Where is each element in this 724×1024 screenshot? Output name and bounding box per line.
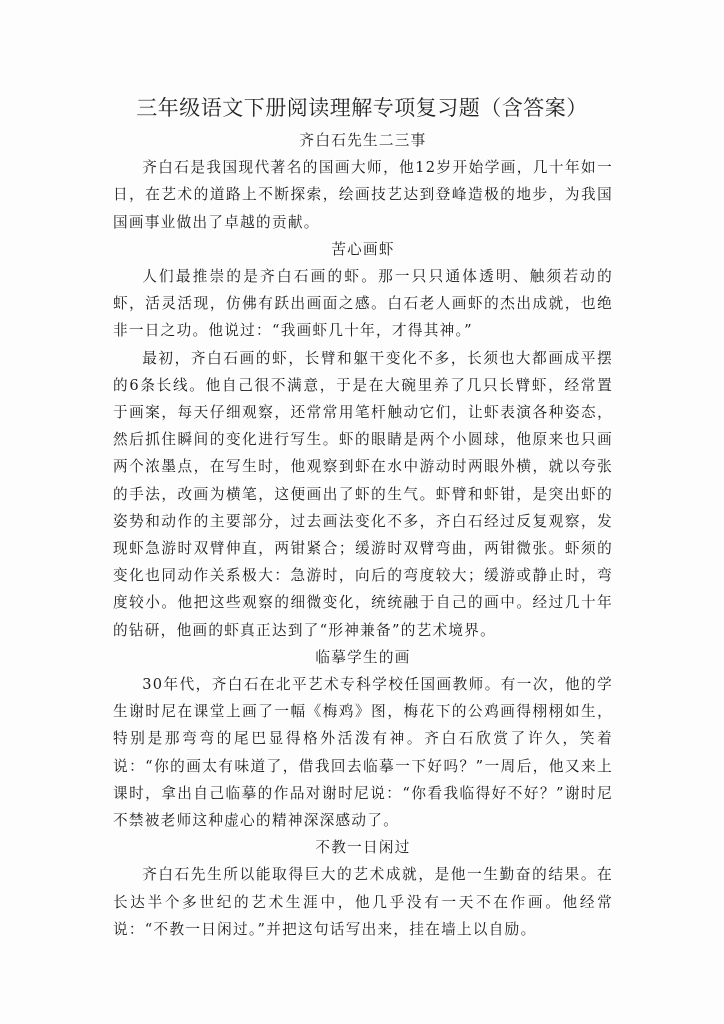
intro-paragraph: 齐白石是我国现代著名的国画大师，他12岁开始学画，几十年如一日，在艺术的道路上不… — [113, 154, 613, 236]
paragraph: 最初，齐白石画的虾，长臂和躯干变化不多，长须也大都画成平摆的6条长线。他自己很不… — [113, 345, 613, 644]
passage-title: 齐白石先生二三事 — [113, 127, 613, 154]
document-body: 齐白石先生二三事 齐白石是我国现代著名的国画大师，他12岁开始学画，几十年如一日… — [113, 127, 613, 943]
document-title: 三年级语文下册阅读理解专项复习题（含答案） — [0, 92, 724, 122]
paragraph: 人们最推崇的是齐白石画的虾。那一只只通体透明、触须若动的虾，活灵活现，仿佛有跃出… — [113, 263, 613, 345]
section-heading-no-idle-day: 不教一日闲过 — [113, 834, 613, 861]
section-heading-shrimp: 苦心画虾 — [113, 236, 613, 263]
paragraph: 30年代，齐白石在北平艺术专科学校任国画教师。有一次，他的学生谢时尼在课堂上画了… — [113, 671, 613, 834]
document-page: 三年级语文下册阅读理解专项复习题（含答案） 齐白石先生二三事 齐白石是我国现代著… — [0, 0, 724, 1024]
section-heading-copy-student: 临摹学生的画 — [113, 644, 613, 671]
paragraph: 齐白石先生所以能取得巨大的艺术成就，是他一生勤奋的结果。在长达半个多世纪的艺术生… — [113, 861, 613, 943]
